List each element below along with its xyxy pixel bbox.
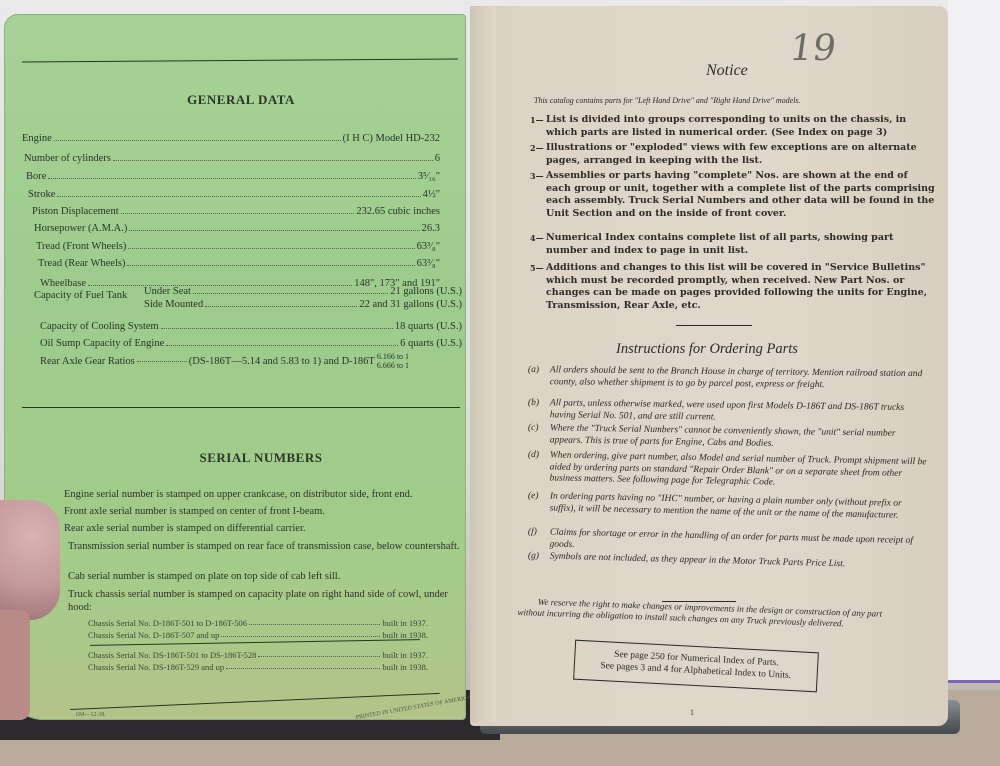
spec-label: Tread (Rear Wheels) bbox=[38, 257, 125, 271]
rear-axle-gear-ratios: Rear Axle Gear Ratios (DS-186T—5.14 and … bbox=[40, 352, 462, 370]
spec-value: 18 quarts (U.S.) bbox=[395, 320, 462, 334]
spec-value: 63³⁄₈" bbox=[417, 257, 440, 271]
notice-item: 1—List is divided into groups correspond… bbox=[530, 114, 935, 139]
notice-item: 2—Illustrations or "exploded" views with… bbox=[530, 142, 935, 167]
spec-label: Oil Sump Capacity of Engine bbox=[40, 337, 164, 351]
spec-row: Tread (Front Wheels)63³⁄₈" bbox=[36, 240, 440, 254]
spec-value: 232.65 cubic inches bbox=[356, 205, 440, 219]
spec-value: (I H C) Model HD-232 bbox=[343, 132, 440, 146]
instruction-item: (d)When ordering, give part number, also… bbox=[527, 450, 928, 492]
spec-row: Capacity of Cooling System18 quarts (U.S… bbox=[40, 320, 462, 334]
spec-value: 6 bbox=[435, 152, 440, 166]
fuel-under-seat: Under Seat21 gallons (U.S.) bbox=[144, 286, 462, 297]
serial-line: Transmission serial number is stamped on… bbox=[68, 540, 468, 553]
spec-row: Stroke4½" bbox=[28, 188, 440, 202]
general-data-title: GENERAL DATA bbox=[10, 92, 472, 108]
fuel-side-mounted: Side Mounted22 and 31 gallons (U.S.) bbox=[144, 299, 462, 310]
spec-row: Bore3⁵⁄₁₆" bbox=[26, 170, 440, 184]
spec-label: Capacity of Cooling System bbox=[40, 320, 159, 334]
ratio-values: 6.166 to 1 6.666 to 1 bbox=[377, 352, 409, 370]
serial-line: Cab serial number is stamped on plate on… bbox=[68, 570, 468, 583]
thumb bbox=[0, 500, 60, 620]
spec-row: Number of cylinders6 bbox=[24, 152, 440, 166]
hand bbox=[0, 610, 30, 720]
chassis-serial-row: Chassis Serial No. DS-186T-501 to DS-186… bbox=[88, 650, 428, 660]
book-gutter bbox=[470, 6, 496, 722]
spec-label: Stroke bbox=[28, 188, 55, 202]
notice-subtitle: This catalog contains parts for "Left Ha… bbox=[534, 96, 944, 105]
fuel-tank-label: Capacity of Fuel Tank bbox=[34, 290, 127, 301]
footer-code: 6M—12-38. bbox=[76, 712, 106, 718]
spec-value: 6 quarts (U.S.) bbox=[400, 337, 462, 351]
spec-label: Tread (Front Wheels) bbox=[36, 240, 126, 254]
spec-label: Engine bbox=[22, 132, 52, 146]
notice-title: Notice bbox=[706, 62, 748, 80]
instruction-item: (a)All orders should be sent to the Bran… bbox=[528, 365, 928, 392]
notice-item: 5—Additions and changes to this list wil… bbox=[530, 262, 935, 312]
spec-row: Oil Sump Capacity of Engine6 quarts (U.S… bbox=[40, 337, 462, 351]
spec-label: Horsepower (A.M.A.) bbox=[34, 222, 127, 236]
spec-value: 63³⁄₈" bbox=[417, 240, 440, 254]
spec-row: Engine(I H C) Model HD-232 bbox=[22, 132, 440, 146]
instructions-title: Instructions for Ordering Parts bbox=[616, 341, 798, 358]
chassis-serial-row: Chassis Serial No. DS-186T-529 and upbui… bbox=[88, 662, 428, 672]
serial-line: Truck chassis serial number is stamped o… bbox=[68, 588, 468, 614]
spec-row: Horsepower (A.M.A.)26.3 bbox=[34, 222, 440, 236]
spec-value: 4½" bbox=[423, 188, 440, 202]
section-rule bbox=[22, 407, 460, 408]
background-card bbox=[948, 0, 1000, 683]
page-number: 1 bbox=[690, 708, 694, 717]
serial-line: Engine serial number is stamped on upper… bbox=[64, 488, 464, 501]
spec-label: Piston Displacement bbox=[32, 205, 119, 219]
notice-item: 4—Numerical Index contains complete list… bbox=[530, 232, 935, 257]
spec-label: Bore bbox=[26, 170, 46, 184]
spec-label: Number of cylinders bbox=[24, 152, 111, 166]
serial-line: Rear axle serial number is stamped on di… bbox=[64, 522, 464, 535]
chassis-serial-row: Chassis Serial No. D-186T-501 to D-186T-… bbox=[88, 618, 428, 628]
handwritten-number: 19 bbox=[787, 28, 839, 69]
chassis-serial-row: Chassis Serial No. D-186T-507 and upbuil… bbox=[88, 630, 428, 640]
spec-value: 26.3 bbox=[422, 222, 440, 236]
spec-label: Wheelbase bbox=[40, 277, 86, 291]
spec-row: Piston Displacement232.65 cubic inches bbox=[32, 205, 440, 219]
notice-item: 3—Assemblies or parts having "complete" … bbox=[530, 170, 935, 220]
serial-line: Front axle serial number is stamped on c… bbox=[64, 505, 464, 518]
serial-numbers-title: SERIAL NUMBERS bbox=[30, 450, 492, 466]
notice-divider bbox=[676, 325, 752, 326]
spec-value: 3⁵⁄₁₆" bbox=[418, 170, 440, 184]
spec-row: Tread (Rear Wheels)63³⁄₈" bbox=[38, 257, 440, 271]
